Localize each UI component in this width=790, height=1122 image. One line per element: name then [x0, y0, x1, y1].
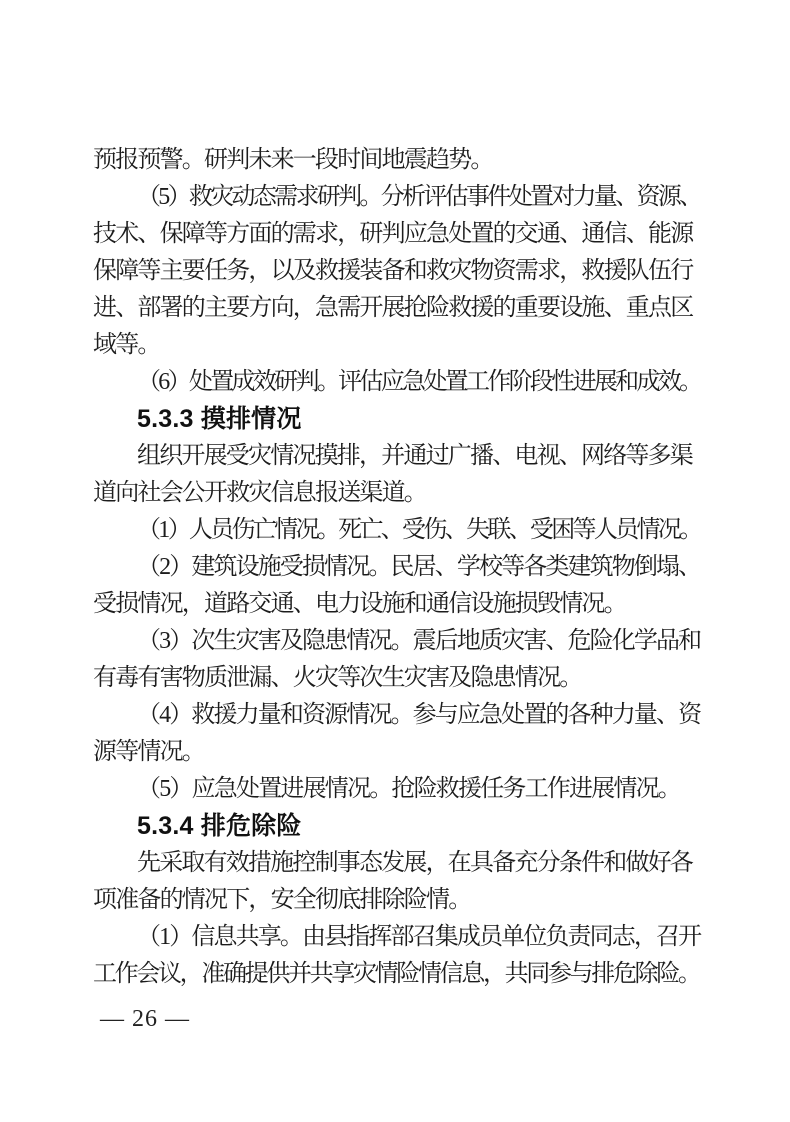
- page-footer: — 26 —: [100, 1006, 190, 1033]
- section-heading: 5.3.4 排危除险: [93, 808, 700, 845]
- text-line: （4）救援力量和资源情况。参与应急处置的各种力量、资: [93, 697, 700, 734]
- section-heading: 5.3.3 摸排情况: [93, 401, 700, 438]
- text-line: （1）信息共享。由县指挥部召集成员单位负责同志，召开: [93, 919, 700, 956]
- text-line: 受损情况，道路交通、电力设施和通信设施损毁情况。: [93, 586, 700, 623]
- text-line: 技术、保障等方面的需求，研判应急处置的交通、通信、能源: [93, 216, 700, 253]
- text-line: 先采取有效措施控制事态发展，在具备充分条件和做好各: [93, 845, 700, 882]
- text-line: （3）次生灾害及隐患情况。震后地质灾害、危险化学品和: [93, 623, 700, 660]
- document-body: 预报预警。研判未来一段时间地震趋势。（5）救灾动态需求研判。分析评估事件处置对力…: [93, 142, 700, 993]
- text-line: （5）救灾动态需求研判。分析评估事件处置对力量、资源、: [93, 179, 700, 216]
- page-number: — 26 —: [100, 1006, 190, 1032]
- text-line: （2）建筑设施受损情况。民居、学校等各类建筑物倒塌、: [93, 549, 700, 586]
- document-page: 预报预警。研判未来一段时间地震趋势。（5）救灾动态需求研判。分析评估事件处置对力…: [0, 0, 790, 1122]
- text-line: 组织开展受灾情况摸排，并通过广播、电视、网络等多渠: [93, 438, 700, 475]
- text-line: 预报预警。研判未来一段时间地震趋势。: [93, 142, 700, 179]
- text-line: （6）处置成效研判。评估应急处置工作阶段性进展和成效。: [93, 364, 700, 401]
- text-line: 道向社会公开救灾信息报送渠道。: [93, 475, 700, 512]
- text-line: （1）人员伤亡情况。死亡、受伤、失联、受困等人员情况。: [93, 512, 700, 549]
- text-line: （5）应急处置进展情况。抢险救援任务工作进展情况。: [93, 771, 700, 808]
- text-line: 工作会议，准确提供并共享灾情险情信息，共同参与排危除险。: [93, 956, 700, 993]
- text-line: 项准备的情况下，安全彻底排除险情。: [93, 882, 700, 919]
- text-line: 有毒有害物质泄漏、火灾等次生灾害及隐患情况。: [93, 660, 700, 697]
- text-line: 进、部署的主要方向，急需开展抢险救援的重要设施、重点区: [93, 290, 700, 327]
- text-line: 源等情况。: [93, 734, 700, 771]
- text-line: 保障等主要任务，以及救援装备和救灾物资需求，救援队伍行: [93, 253, 700, 290]
- text-line: 域等。: [93, 327, 700, 364]
